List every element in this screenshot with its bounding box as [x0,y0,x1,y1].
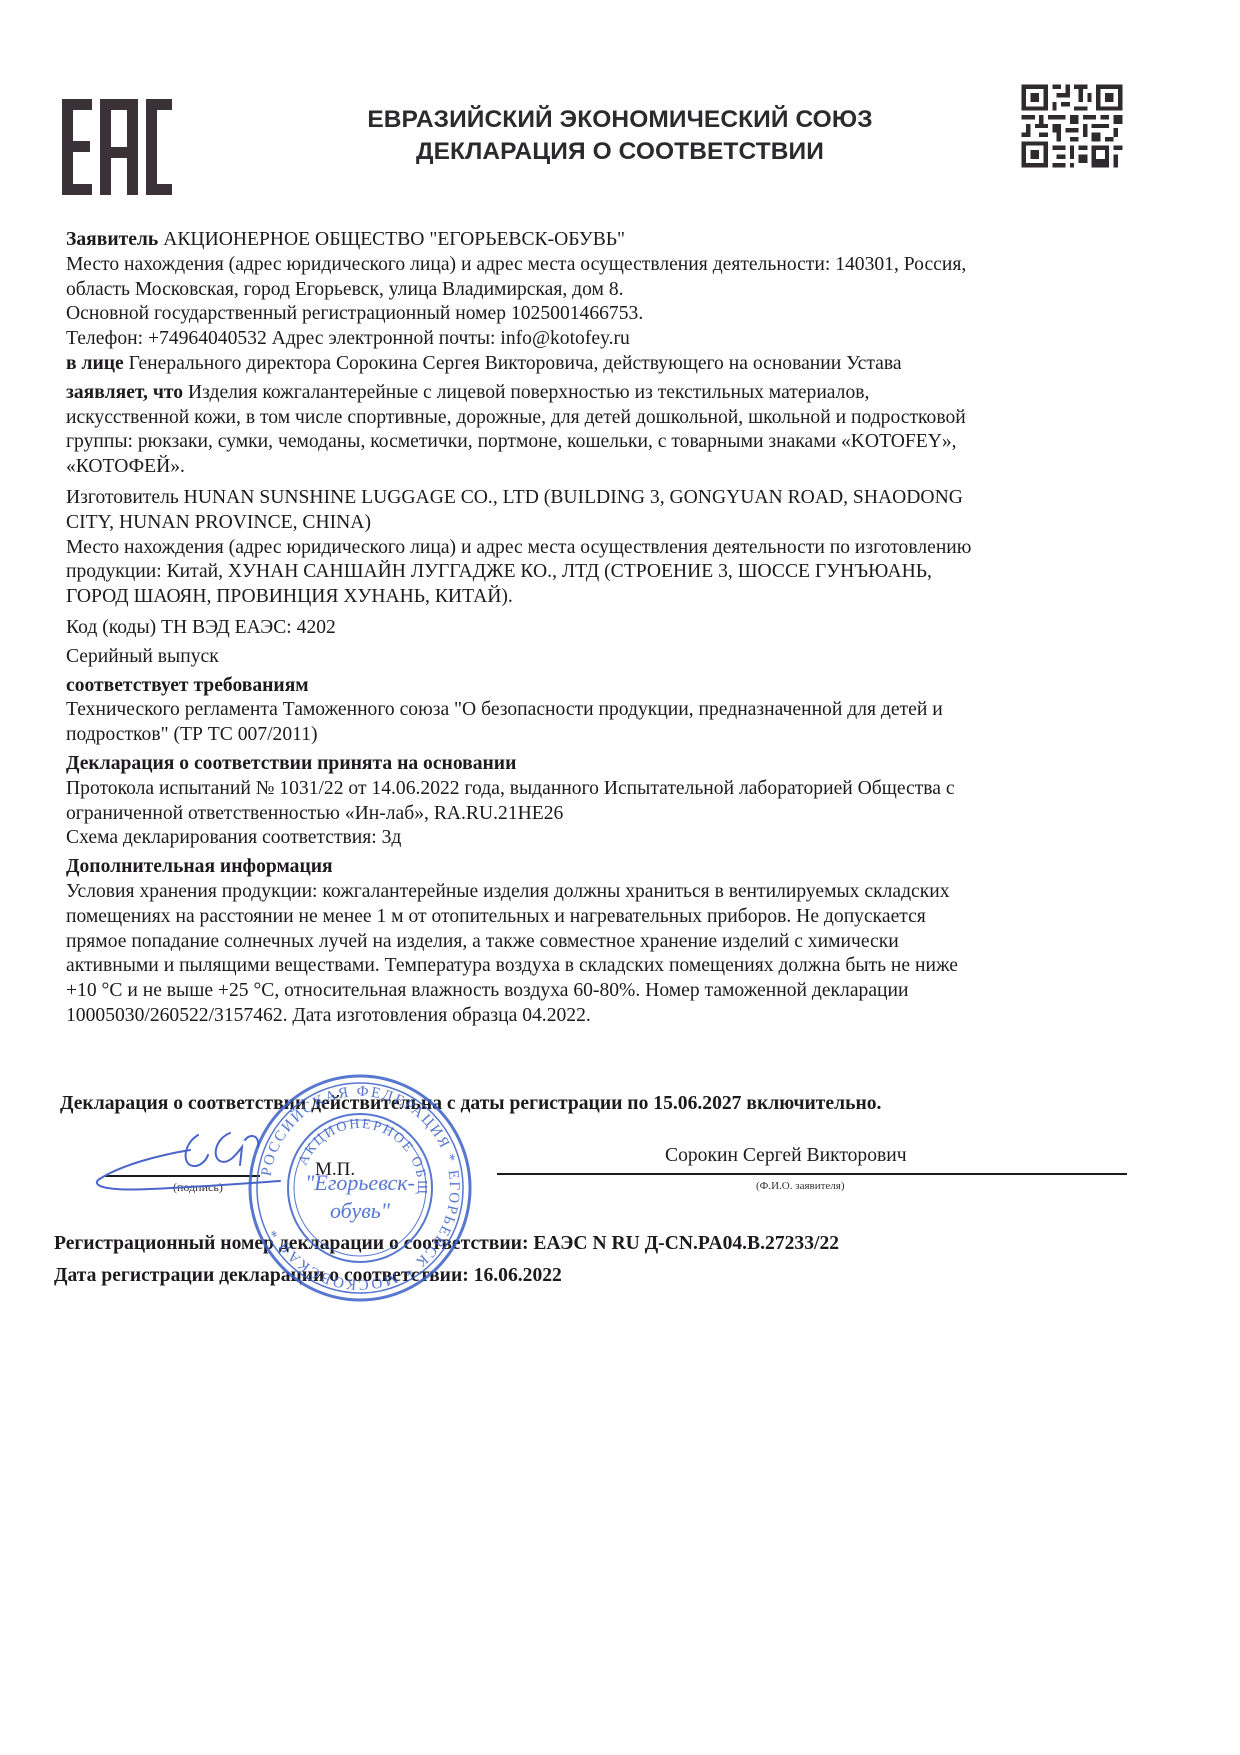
requirements-line: подростков" (ТР ТС 007/2011) [66,723,1126,748]
product-line: «КОТОФЕЙ». [66,455,1126,480]
product-line: Изделия кожгалантерейные с лицевой повер… [183,382,869,403]
manufacturer-line: Место нахождения (адрес юридического лиц… [66,536,1126,561]
manufacturer-line: Изготовитель HUNAN SUNSHINE LUGGAGE CO.,… [66,486,1126,511]
additional-info-line: прямое попадание солнечных лучей на изде… [66,930,1126,955]
applicant-label: Заявитель [66,229,158,250]
product-line: искусственной кожи, в том числе спортивн… [66,406,1126,431]
declares-section: заявляет, что Изделия кожгалантерейные с… [66,381,1126,480]
applicant-section: Заявитель АКЦИОНЕРНОЕ ОБЩЕСТВО "ЕГОРЬЕВС… [66,228,1126,377]
release-type: Серийный выпуск [66,645,1126,670]
manufacturer-line: ГОРОД ШАОЯН, ПРОВИНЦИЯ ХУНАНЬ, КИТАЙ). [66,585,1126,610]
applicant-address-line2: область Московская, город Егорьевск, ули… [66,278,1126,303]
registration-date: Дата регистрации декларации о соответств… [54,1265,562,1287]
signature-caption: (подпись) [173,1180,223,1195]
declaration-scheme: Схема декларирования соответствия: 3д [66,826,1126,851]
requirements-heading: соответствует требованиям [66,674,1126,699]
additional-info-line: +10 °С и не выше +25 °С, относительная в… [66,979,1126,1004]
validity-statement: Декларация о соответствии действительна … [60,1093,881,1115]
manufacturer-line: продукции: Китай, ХУНАН САНШАЙН ЛУГГАДЖЕ… [66,560,1126,585]
title-union: ЕВРАЗИЙСКИЙ ЭКОНОМИЧЕСКИЙ СОЮЗ [300,104,940,136]
additional-info-line: помещениях на расстоянии не менее 1 м от… [66,905,1126,930]
document-title: ЕВРАЗИЙСКИЙ ЭКОНОМИЧЕСКИЙ СОЮЗ ДЕКЛАРАЦИ… [300,104,940,168]
basis-line: ограниченной ответственностью «Ин-лаб», … [66,802,1126,827]
svg-text:РОССИЙСКАЯ ФЕДЕРАЦИЯ * ЕГОРЬЕВ: РОССИЙСКАЯ ФЕДЕРАЦИЯ * ЕГОРЬЕВСК * МОСКО… [259,1084,462,1292]
requirements-line: Технического регламента Таможенного союз… [66,698,1126,723]
signature-line [105,1175,260,1177]
applicant-signatory-name: Сорокин Сергей Викторович [665,1145,907,1167]
applicant-ogrn: Основной государственный регистрационный… [66,302,1126,327]
basis-section: Декларация о соответствии принята на осн… [66,752,1126,851]
requirements-section: соответствует требованиям Технического р… [66,674,1126,748]
declaration-page: ЕВРАЗИЙСКИЙ ЭКОНОМИЧЕСКИЙ СОЮЗ ДЕКЛАРАЦИ… [0,0,1240,1755]
manufacturer-line: CITY, HUNAN PROVINCE, CHINA) [66,511,1126,536]
manufacturer-section: Изготовитель HUNAN SUNSHINE LUGGAGE CO.,… [66,486,1126,610]
additional-info-line: активными и пылящими веществами. Темпера… [66,954,1126,979]
declaration-body: Заявитель АКЦИОНЕРНОЕ ОБЩЕСТВО "ЕГОРЬЕВС… [66,228,1126,1029]
title-declaration: ДЕКЛАРАЦИЯ О СООТВЕТСТВИИ [300,136,940,168]
name-caption: (Ф.И.О. заявителя) [756,1180,845,1192]
name-line [497,1173,1127,1175]
additional-info-line: Условия хранения продукции: кожгалантере… [66,880,1126,905]
basis-line: Протокола испытаний № 1031/22 от 14.06.2… [66,777,1126,802]
registration-number: Регистрационный номер декларации о соотв… [54,1233,839,1255]
represented-by: Генерального директора Сорокина Сергея В… [124,353,902,374]
seal-place-label: М.П. [315,1159,355,1181]
product-line: группы: рюкзаки, сумки, чемоданы, космет… [66,430,1126,455]
basis-heading: Декларация о соответствии принята на осн… [66,752,1126,777]
additional-info-section: Дополнительная информация Условия хранен… [66,855,1126,1029]
product-codes: Код (коды) ТН ВЭД ЕАЭС: 4202 Серийный вы… [66,616,1126,670]
svg-text:обувь": обувь" [330,1198,391,1223]
applicant-contacts: Телефон: +74964040532 Адрес электронной … [66,327,1126,352]
eac-logo-icon [60,97,174,197]
applicant-name: АКЦИОНЕРНОЕ ОБЩЕСТВО "ЕГОРЬЕВСК-ОБУВЬ" [158,229,625,250]
applicant-address-line1: Место нахождения (адрес юридического лиц… [66,253,1126,278]
qr-code-icon[interactable] [1017,80,1127,172]
represented-label: в лице [66,353,124,374]
tn-ved-code: Код (коды) ТН ВЭД ЕАЭС: 4202 [66,616,1126,641]
additional-info-line: 10005030/260522/3157462. Дата изготовлен… [66,1004,1126,1029]
additional-info-heading: Дополнительная информация [66,855,1126,880]
declares-label: заявляет, что [66,382,183,403]
